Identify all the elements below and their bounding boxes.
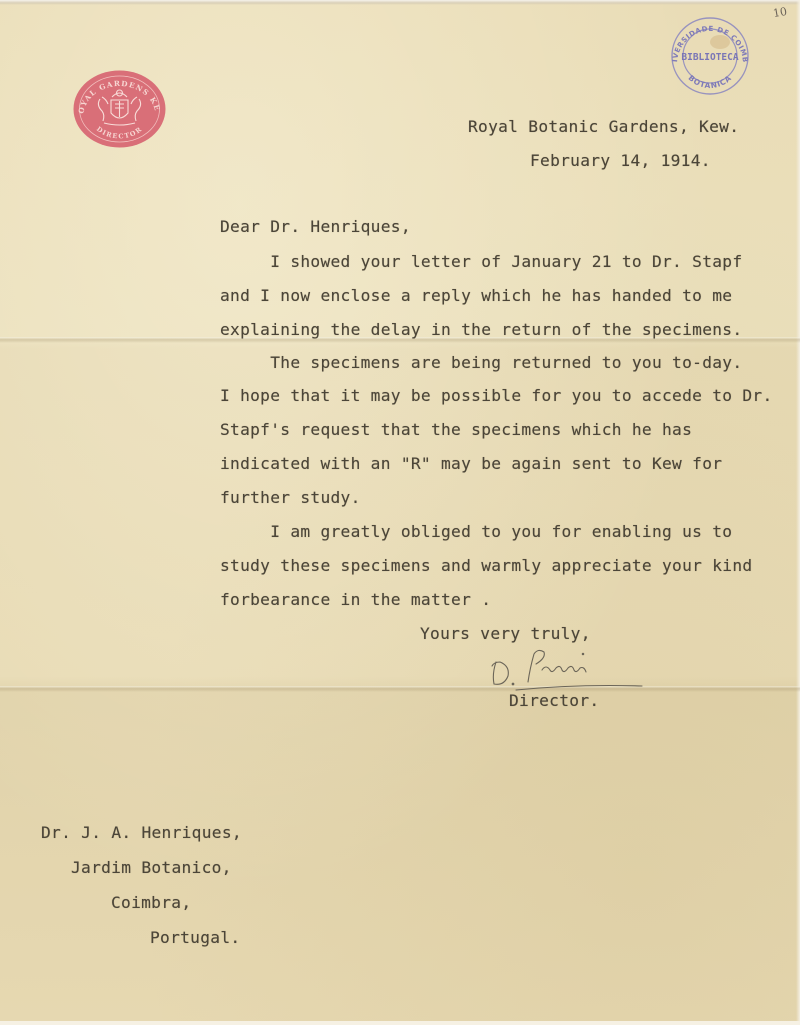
kew-director-seal-icon: ROYAL GARDENS KEW DIRECTOR [72, 69, 167, 149]
letter-page: ROYAL GARDENS KEW DIRECTOR [0, 0, 800, 1025]
svg-text:BOTANICA: BOTANICA [687, 73, 734, 90]
body-line: I am greatly obliged to you for enabling… [220, 522, 732, 541]
recipient-address-line: Jardim Botanico, [71, 858, 232, 877]
letter-date: February 14, 1914. [530, 151, 711, 170]
recipient-name: Dr. J. A. Henriques, [41, 823, 242, 842]
biblioteca-library-stamp-icon: UNIVERSIDADE DE COIMBRA BOTANICA BIBLIOT… [668, 14, 752, 98]
body-line: indicated with an "R" may be again sent … [220, 454, 722, 473]
recipient-address-line: Coimbra, [111, 893, 191, 912]
body-line: I hope that it may be possible for you t… [220, 386, 773, 405]
paper-right-edge [796, 0, 800, 1025]
salutation: Dear Dr. Henriques, [220, 217, 411, 236]
handwritten-signature-icon [486, 640, 646, 694]
body-line: I showed your letter of January 21 to Dr… [220, 252, 742, 271]
recipient-address-line: Portugal. [150, 928, 240, 947]
page-number: 10 [772, 5, 788, 20]
body-line: The specimens are being returned to you … [220, 353, 742, 372]
body-line: further study. [220, 488, 361, 507]
sender-address: Royal Botanic Gardens, Kew. [468, 117, 739, 136]
body-line: Stapf's request that the specimens which… [220, 420, 692, 439]
paper-top-edge [0, 0, 800, 5]
body-line: and I now enclose a reply which he has h… [220, 286, 732, 305]
signatory-title: Director. [509, 691, 599, 710]
fold-line-lower [0, 686, 800, 692]
body-line: study these specimens and warmly appreci… [220, 556, 752, 575]
body-line: explaining the delay in the return of th… [220, 320, 742, 339]
svg-text:BIBLIOTECA: BIBLIOTECA [681, 52, 738, 63]
paper-bottom-edge [0, 1021, 800, 1025]
body-line: forbearance in the matter . [220, 590, 491, 609]
